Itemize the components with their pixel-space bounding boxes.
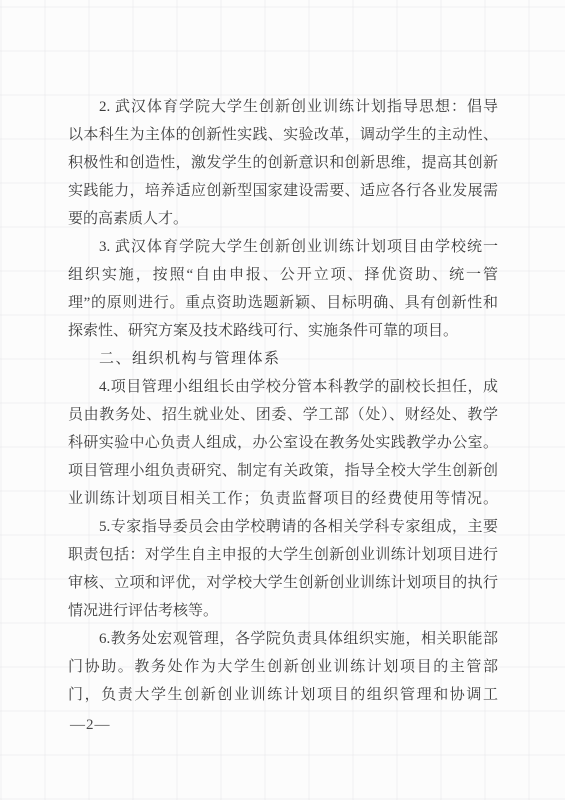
- text-line: 门，负责大学生创新创业训练计划项目的组织管理和协调工: [68, 681, 498, 709]
- text-line: 理”的原则进行。重点资助选题新颖、目标明确、具有创新性和: [68, 289, 498, 317]
- text-line: 要的高素质人才。: [68, 205, 498, 233]
- text-line: 4.项目管理小组组长由学校分管本科教学的副校长担任，成: [68, 373, 498, 401]
- text-line: 探索性、研究方案及技术路线可行、实施条件可靠的项目。: [68, 317, 498, 345]
- section-heading: 二、组织机构与管理体系: [68, 345, 498, 373]
- page-number: —2—: [70, 711, 111, 739]
- text-line: 组织实施，按照“自由申报、公开立项、择优资助、统一管: [68, 261, 498, 289]
- text-line: 实践能力，培养适应创新型国家建设需要、适应各行各业发展需: [68, 177, 498, 205]
- document-page: 2. 武汉体育学院大学生创新创业训练计划指导思想：倡导 以本科生为主体的创新性实…: [0, 0, 565, 800]
- text-line: 员由教务处、招生就业处、团委、学工部（处）、财经处、教学: [68, 401, 498, 429]
- document-body: 2. 武汉体育学院大学生创新创业训练计划指导思想：倡导 以本科生为主体的创新性实…: [68, 93, 498, 709]
- text-line: 2. 武汉体育学院大学生创新创业训练计划指导思想：倡导: [68, 93, 498, 121]
- text-line: 6.教务处宏观管理，各学院负责具体组织实施，相关职能部: [68, 625, 498, 653]
- text-line: 3. 武汉体育学院大学生创新创业训练计划项目由学校统一: [68, 233, 498, 261]
- text-line: 以本科生为主体的创新性实践、实验改革，调动学生的主动性、: [68, 121, 498, 149]
- text-line: 职责包括：对学生自主申报的大学生创新创业训练计划项目进行: [68, 541, 498, 569]
- text-line: 门协助。教务处作为大学生创新创业训练计划项目的主管部: [68, 653, 498, 681]
- text-line: 积极性和创造性，激发学生的创新意识和创新思维，提高其创新: [68, 149, 498, 177]
- text-line: 项目管理小组负责研究、制定有关政策，指导全校大学生创新创: [68, 457, 498, 485]
- text-line: 5.专家指导委员会由学校聘请的各相关学科专家组成，主要: [68, 513, 498, 541]
- text-line: 业训练计划项目相关工作；负责监督项目的经费使用等情况。: [68, 485, 498, 513]
- text-line: 情况进行评估考核等。: [68, 597, 498, 625]
- text-line: 科研实验中心负责人组成，办公室设在教务处实践教学办公室。: [68, 429, 498, 457]
- text-line: 审核、立项和评优，对学校大学生创新创业训练计划项目的执行: [68, 569, 498, 597]
